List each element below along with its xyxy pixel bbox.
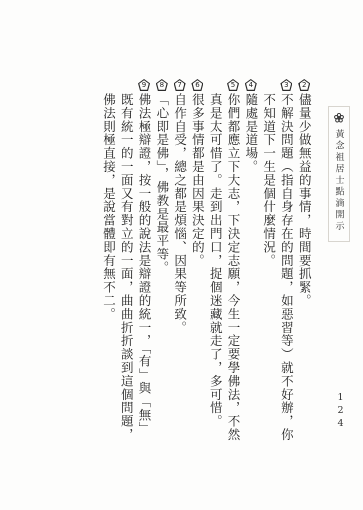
- item-number: 9: [138, 79, 150, 91]
- item-number-badge: 8: [156, 79, 168, 91]
- text-column: 9佛法極辯證，按一般的說法是辯證的統一，「有」與「無」: [138, 79, 151, 479]
- text-column: 6很多事情都是由因果決定的。: [191, 79, 204, 479]
- column-text: 隨處是道場。: [244, 93, 259, 173]
- column-text: 不知道下一生是個什麼情況。: [262, 93, 277, 267]
- running-head: 黃念祖居士點滴開示: [328, 106, 350, 242]
- text-column: 佛法則極直接，是說當體即有無不二。: [102, 79, 115, 479]
- text-column: 4隨處是道場。: [245, 79, 258, 479]
- column-text: 佛法極辯證，按一般的說法是辯證的統一，「有」與「無」: [137, 93, 152, 435]
- text-body: 2儘量少做無益的事情，時間要抓緊。 3不解決問題（指自身存在的問題，如惡習等）就…: [98, 79, 316, 479]
- column-text: 真是太可惜了。走到出門口，捉個迷藏就走了，多可惜。: [208, 93, 223, 428]
- column-text: 你們都應立下大志，下決定志願，今生一定要學佛法，不然: [226, 93, 241, 441]
- text-column: 真是太可惜了。走到出門口，捉個迷藏就走了，多可惜。: [209, 79, 222, 479]
- column-text: 自作自受，總之都是煩惱、因果等所致。: [173, 93, 188, 334]
- item-number-badge: 2: [298, 79, 310, 91]
- column-text: 不解決問題（指自身存在的問題，如惡習等）就不好辦，你: [279, 93, 294, 441]
- text-column: 8「心即是佛」，佛教是最平等。: [156, 79, 169, 479]
- item-number-badge: 5: [227, 79, 239, 91]
- item-number: 3: [280, 79, 292, 91]
- column-text: 很多事情都是由因果決定的。: [190, 93, 205, 267]
- text-column: 2儘量少做無益的事情，時間要抓緊。: [298, 79, 311, 479]
- text-column: 7自作自受，總之都是煩惱、因果等所致。: [174, 79, 187, 479]
- column-text: 「心即是佛」，佛教是最平等。: [155, 93, 170, 274]
- text-column: 不知道下一生是個什麼情況。: [263, 79, 276, 479]
- running-head-title: 黃念祖居士點滴開示: [333, 129, 346, 233]
- flower-ornament-icon: [334, 113, 344, 123]
- item-number: 5: [227, 79, 239, 91]
- page-number: 124: [335, 392, 346, 431]
- item-number-badge: 3: [280, 79, 292, 91]
- item-number-badge: 9: [138, 79, 150, 91]
- book-page: 黃念祖居士點滴開示 124 2儘量少做無益的事情，時間要抓緊。 3不解決問題（指…: [0, 0, 363, 510]
- item-number-badge: 7: [174, 79, 186, 91]
- item-number: 8: [156, 79, 168, 91]
- column-text: 儘量少做無益的事情，時間要抓緊。: [297, 93, 312, 307]
- item-number: 6: [191, 79, 203, 91]
- text-column: 5你們都應立下大志，下決定志願，今生一定要學佛法，不然: [227, 79, 240, 479]
- item-number: 2: [298, 79, 310, 91]
- column-text: 佛法則極直接，是說當體即有無不二。: [101, 93, 116, 321]
- text-column: 既有統一的一面又有對立的一面，曲曲折折談到這個問題，: [120, 79, 133, 479]
- item-number: 4: [245, 79, 257, 91]
- item-number: 7: [174, 79, 186, 91]
- text-column: 3不解決問題（指自身存在的問題，如惡習等）就不好辦，你: [280, 79, 293, 479]
- column-text: 既有統一的一面又有對立的一面，曲曲折折談到這個問題，: [119, 93, 134, 441]
- item-number-badge: 4: [245, 79, 257, 91]
- item-number-badge: 6: [191, 79, 203, 91]
